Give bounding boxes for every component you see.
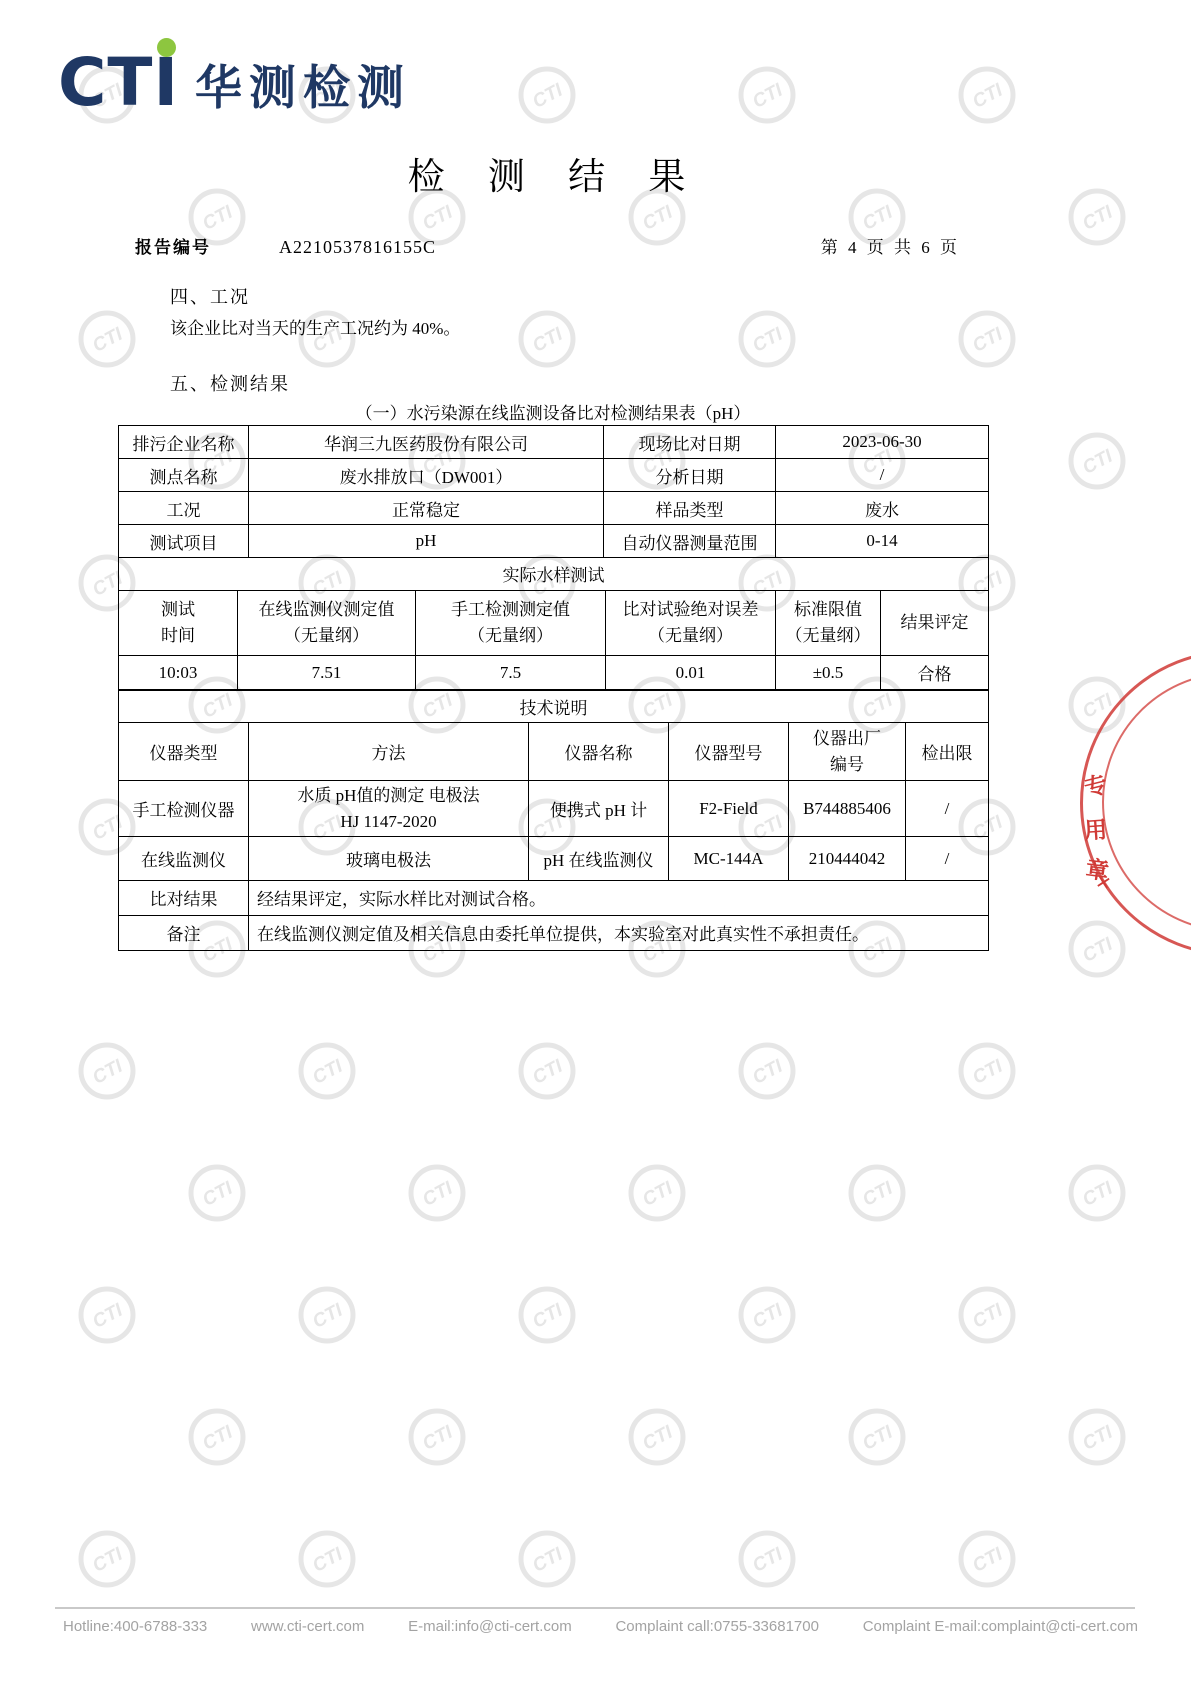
cti-watermark-icon: CTI xyxy=(76,308,138,370)
svg-text:CTI: CTI xyxy=(639,1178,677,1211)
svg-text:CTI: CTI xyxy=(859,1178,897,1211)
info-value: 0-14 xyxy=(776,525,989,558)
cti-watermark-icon: CTI xyxy=(626,1162,688,1224)
cell-standard-limit: ±0.5 xyxy=(776,655,881,690)
cell-online-value: 7.51 xyxy=(238,655,416,690)
cell-method: 玻璃电极法 xyxy=(249,837,529,881)
svg-text:CTI: CTI xyxy=(419,202,457,235)
info-value: 正常稳定 xyxy=(249,492,604,525)
cti-watermark-icon: CTI xyxy=(956,1284,1018,1346)
svg-text:CTI: CTI xyxy=(969,1056,1007,1089)
tech-section-title: 技术说明 xyxy=(119,690,989,723)
tech-table: 技术说明 仪器类型 方法 仪器名称 仪器型号 仪器出厂 编号 检出限 手工检测仪… xyxy=(118,689,989,881)
svg-text:CTI: CTI xyxy=(309,1056,347,1089)
cell-absolute-error: 0.01 xyxy=(606,655,776,690)
company-name: 华测检测 xyxy=(195,64,411,115)
info-label: 工况 xyxy=(119,492,249,525)
sample-data-row: 10:03 7.51 7.5 0.01 ±0.5 合格 xyxy=(119,655,989,690)
info-table: 排污企业名称 华润三九医药股份有限公司 现场比对日期 2023-06-30 测点… xyxy=(118,425,989,558)
cti-watermark-icon: CTI xyxy=(406,1162,468,1224)
column-header: 标准限值 （无量纲） xyxy=(776,590,881,655)
svg-text:CTI: CTI xyxy=(969,80,1007,113)
footer: Hotline:400-6788-333 www.cti-cert.com E-… xyxy=(63,1618,1138,1635)
svg-text:CTI: CTI xyxy=(89,1544,127,1577)
cti-watermark-icon: CTI xyxy=(186,1162,248,1224)
cell-detection-limit: / xyxy=(906,781,989,837)
cti-watermark-icon: CTI xyxy=(76,1284,138,1346)
comparison-result-row: 比对结果 经结果评定，实际水样比对测试合格。 xyxy=(119,880,989,915)
cti-watermark-icon: CTI xyxy=(736,308,798,370)
sample-test-table: 实际水样测试 测试 时间 在线监测仪测定值 （无量纲） 手工检测测定值 （无量纲… xyxy=(118,557,989,691)
cti-watermark-icon: CTI xyxy=(956,308,1018,370)
cti-watermark-icon: CTI xyxy=(1066,674,1128,736)
info-value: pH xyxy=(249,525,604,558)
column-header: 手工检测测定值 （无量纲） xyxy=(416,590,606,655)
cti-watermark-icon: CTI xyxy=(736,1284,798,1346)
svg-text:CTI: CTI xyxy=(419,1422,457,1455)
table-row: 工况 正常稳定 样品类型 废水 xyxy=(119,492,989,525)
cell-instrument-model: MC-144A xyxy=(669,837,789,881)
cti-watermark-icon: CTI xyxy=(76,1040,138,1102)
svg-text:CTI: CTI xyxy=(529,1300,567,1333)
cell-instrument-model: F2-Field xyxy=(669,781,789,837)
cti-logo-letters: CTI xyxy=(58,36,179,115)
column-header: 测试 时间 xyxy=(119,590,238,655)
footer-hotline: Hotline:400-6788-333 xyxy=(63,1618,207,1635)
column-header: 仪器名称 xyxy=(529,723,669,781)
column-header: 仪器出厂 编号 xyxy=(789,723,906,781)
column-header: 在线监测仪测定值 （无量纲） xyxy=(238,590,416,655)
tech-header-row: 仪器类型 方法 仪器名称 仪器型号 仪器出厂 编号 检出限 xyxy=(119,723,989,781)
sample-section-title: 实际水样测试 xyxy=(119,557,989,590)
table-row: 排污企业名称 华润三九医药股份有限公司 现场比对日期 2023-06-30 xyxy=(119,426,989,459)
info-value: / xyxy=(776,459,989,492)
cti-watermark-icon: CTI xyxy=(76,1528,138,1590)
cti-logo: CTI 华测检测 xyxy=(58,36,411,115)
svg-text:CTI: CTI xyxy=(749,1544,787,1577)
cti-watermark-icon: CTI xyxy=(846,1162,908,1224)
cti-watermark-icon: CTI xyxy=(1066,918,1128,980)
cti-watermark-icon: CTI xyxy=(736,1040,798,1102)
svg-text:CTI: CTI xyxy=(199,202,237,235)
results-table: 排污企业名称 华润三九医药股份有限公司 现场比对日期 2023-06-30 测点… xyxy=(118,425,990,951)
cell-instrument-name: pH 在线监测仪 xyxy=(529,837,669,881)
svg-text:CTI: CTI xyxy=(529,1056,567,1089)
cti-watermark-icon: CTI xyxy=(1066,430,1128,492)
table-row: 测试项目 pH 自动仪器测量范围 0-14 xyxy=(119,525,989,558)
svg-text:CTI: CTI xyxy=(199,1422,237,1455)
note-text: 在线监测仪测定值及相关信息由委托单位提供，本实验室对此真实性不承担责任。 xyxy=(249,915,989,950)
info-label: 自动仪器测量范围 xyxy=(604,525,776,558)
svg-text:CTI: CTI xyxy=(309,1544,347,1577)
cti-watermark-icon: CTI xyxy=(736,64,798,126)
svg-text:CTI: CTI xyxy=(89,324,127,357)
footer-complaint-call: Complaint call:0755-33681700 xyxy=(615,1618,818,1635)
cell-serial-number: B744885406 xyxy=(789,781,906,837)
cell-detection-limit: / xyxy=(906,837,989,881)
summary-table: 比对结果 经结果评定，实际水样比对测试合格。 备注 在线监测仪测定值及相关信息由… xyxy=(118,880,989,951)
page-indicator: 第 4 页 共 6 页 xyxy=(821,233,960,258)
cell-result: 合格 xyxy=(881,655,989,690)
info-value: 废水排放口（DW001） xyxy=(249,459,604,492)
svg-text:CTI: CTI xyxy=(1079,934,1117,967)
cti-watermark-icon: CTI xyxy=(956,1528,1018,1590)
svg-text:CTI: CTI xyxy=(1079,1422,1117,1455)
page-title: 检 测 结 果 xyxy=(0,146,1110,200)
svg-text:CTI: CTI xyxy=(529,1544,567,1577)
info-label: 测试项目 xyxy=(119,525,249,558)
cti-watermark-icon: CTI xyxy=(516,64,578,126)
cti-watermark-icon: CTI xyxy=(956,64,1018,126)
results-table-title: （一）水污染源在线监测设备比对检测结果表（pH） xyxy=(118,399,988,424)
cell-instrument-type: 手工检测仪器 xyxy=(119,781,249,837)
cti-watermark-icon: CTI xyxy=(1066,1162,1128,1224)
cell-manual-value: 7.5 xyxy=(416,655,606,690)
info-label: 测点名称 xyxy=(119,459,249,492)
tech-row-online: 在线监测仪 玻璃电极法 pH 在线监测仪 MC-144A 210444042 / xyxy=(119,837,989,881)
table-row: 测点名称 废水排放口（DW001） 分析日期 / xyxy=(119,459,989,492)
cell-instrument-type: 在线监测仪 xyxy=(119,837,249,881)
section4-heading: 四、工况 xyxy=(170,283,250,309)
svg-text:CTI: CTI xyxy=(749,80,787,113)
cti-watermark-icon: CTI xyxy=(956,1040,1018,1102)
info-label: 现场比对日期 xyxy=(604,426,776,459)
footer-divider xyxy=(55,1607,1135,1609)
cti-watermark-icon: CTI xyxy=(846,1406,908,1468)
cti-watermark-icon: CTI xyxy=(516,1284,578,1346)
info-value: 废水 xyxy=(776,492,989,525)
column-header: 比对试验绝对误差 （无量纲） xyxy=(606,590,776,655)
svg-text:CTI: CTI xyxy=(1079,690,1117,723)
svg-text:CTI: CTI xyxy=(1079,446,1117,479)
section-title-row: 实际水样测试 xyxy=(119,557,989,590)
report-page: { "logo": {"cti": "CTI", "company": "华测检… xyxy=(0,0,1191,1684)
section5-heading: 五、检测结果 xyxy=(170,370,290,396)
cell-method: 水质 pH值的测定 电极法 HJ 1147-2020 xyxy=(249,781,529,837)
note-row: 备注 在线监测仪测定值及相关信息由委托单位提供，本实验室对此真实性不承担责任。 xyxy=(119,915,989,950)
row-label: 比对结果 xyxy=(119,880,249,915)
svg-text:CTI: CTI xyxy=(1079,202,1117,235)
cell-serial-number: 210444042 xyxy=(789,837,906,881)
info-value: 华润三九医药股份有限公司 xyxy=(249,426,604,459)
footer-complaint-email: Complaint E-mail:complaint@cti-cert.com xyxy=(863,1618,1138,1635)
info-label: 排污企业名称 xyxy=(119,426,249,459)
svg-text:CTI: CTI xyxy=(309,1300,347,1333)
svg-text:CTI: CTI xyxy=(749,324,787,357)
cell-instrument-name: 便携式 pH 计 xyxy=(529,781,669,837)
column-header: 结果评定 xyxy=(881,590,989,655)
svg-text:CTI: CTI xyxy=(1079,1178,1117,1211)
svg-text:CTI: CTI xyxy=(859,1422,897,1455)
cell-test-time: 10:03 xyxy=(119,655,238,690)
column-header: 方法 xyxy=(249,723,529,781)
cti-watermark-icon: CTI xyxy=(186,1406,248,1468)
report-number-label: 报告编号 xyxy=(135,233,211,258)
svg-text:CTI: CTI xyxy=(529,324,567,357)
section-title-row: 技术说明 xyxy=(119,690,989,723)
column-header: 仪器类型 xyxy=(119,723,249,781)
cti-watermark-icon: CTI xyxy=(736,1528,798,1590)
info-label: 分析日期 xyxy=(604,459,776,492)
cti-watermark-icon: CTI xyxy=(516,1040,578,1102)
cti-watermark-icon: CTI xyxy=(626,1406,688,1468)
column-header: 检出限 xyxy=(906,723,989,781)
row-label: 备注 xyxy=(119,915,249,950)
comparison-result-text: 经结果评定，实际水样比对测试合格。 xyxy=(249,880,989,915)
svg-text:CTI: CTI xyxy=(969,324,1007,357)
svg-text:CTI: CTI xyxy=(639,1422,677,1455)
logo-green-dot-icon xyxy=(157,38,176,57)
section4-body: 该企业比对当天的生产工况约为 40%。 xyxy=(170,314,460,339)
svg-text:CTI: CTI xyxy=(749,1300,787,1333)
cti-watermark-icon: CTI xyxy=(516,308,578,370)
report-number-value: A2210537816155C xyxy=(279,237,436,258)
svg-text:CTI: CTI xyxy=(859,202,897,235)
svg-text:CTI: CTI xyxy=(969,1544,1007,1577)
info-label: 样品类型 xyxy=(604,492,776,525)
svg-text:CTI: CTI xyxy=(89,1300,127,1333)
sample-header-row: 测试 时间 在线监测仪测定值 （无量纲） 手工检测测定值 （无量纲） 比对试验绝… xyxy=(119,590,989,655)
cti-watermark-icon: CTI xyxy=(406,1406,468,1468)
svg-text:CTI: CTI xyxy=(199,1178,237,1211)
cti-watermark-icon: CTI xyxy=(516,1528,578,1590)
svg-text:CTI: CTI xyxy=(749,1056,787,1089)
svg-text:CTI: CTI xyxy=(639,202,677,235)
cti-watermark-icon: CTI xyxy=(296,1528,358,1590)
report-header-line: 报告编号 A2210537816155C 第 4 页 共 6 页 xyxy=(135,233,988,258)
svg-text:CTI: CTI xyxy=(419,1178,457,1211)
cti-watermark-icon: CTI xyxy=(1066,1406,1128,1468)
svg-text:CTI: CTI xyxy=(89,1056,127,1089)
footer-email: E-mail:info@cti-cert.com xyxy=(408,1618,572,1635)
footer-website: www.cti-cert.com xyxy=(251,1618,364,1635)
svg-text:CTI: CTI xyxy=(529,80,567,113)
cti-watermark-icon: CTI xyxy=(296,1284,358,1346)
svg-text:CTI: CTI xyxy=(969,1300,1007,1333)
column-header: 仪器型号 xyxy=(669,723,789,781)
info-value: 2023-06-30 xyxy=(776,426,989,459)
cti-watermark-icon: CTI xyxy=(296,1040,358,1102)
tech-row-manual: 手工检测仪器 水质 pH值的测定 电极法 HJ 1147-2020 便携式 pH… xyxy=(119,781,989,837)
